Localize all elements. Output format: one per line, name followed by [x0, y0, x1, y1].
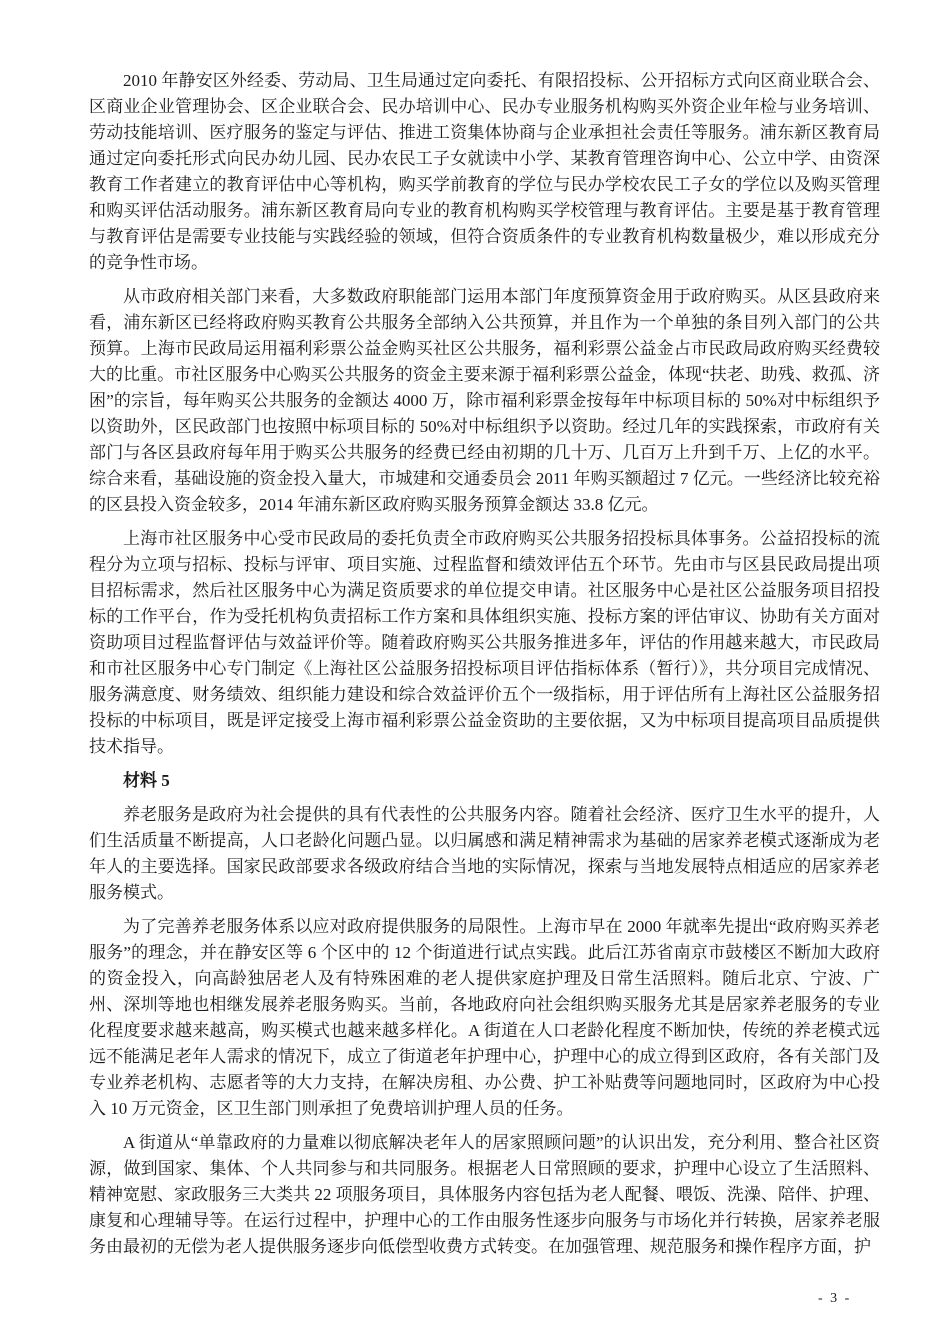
- paragraph-procurement-2010-jingan: 2010 年静安区外经委、劳动局、卫生局通过定向委托、有限招投标、公开招标方式向…: [89, 68, 880, 276]
- paragraph-street-a-care-center: A 街道从“单靠政府的力量难以彻底解决老年人的居家照顾问题”的认识出发，充分利用…: [89, 1130, 880, 1260]
- document-page: 2010 年静安区外经委、劳动局、卫生局通过定向委托、有限招投标、公开招标方式向…: [0, 0, 950, 1344]
- page-number: - 3 -: [818, 1288, 851, 1310]
- section-heading-material-5: 材料 5: [89, 768, 880, 794]
- paragraph-elderly-care-pilot-cities: 为了完善养老服务体系以应对政府提供服务的局限性。上海市早在 2000 年就率先提…: [89, 914, 880, 1122]
- paragraph-community-service-center-bidding: 上海市社区服务中心受市民政局的委托负责全市政府购买公共服务招投标具体事务。公益招…: [89, 526, 880, 760]
- document-body: 2010 年静安区外经委、劳动局、卫生局通过定向委托、有限招投标、公开招标方式向…: [89, 68, 880, 1268]
- page-footer: - 3 -: [0, 1288, 950, 1310]
- paragraph-elderly-care-overview: 养老服务是政府为社会提供的具有代表性的公共服务内容。随着社会经济、医疗卫生水平的…: [89, 802, 880, 906]
- paragraph-government-budget-funding: 从市政府相关部门来看，大多数政府职能部门运用本部门年度预算资金用于政府购买。从区…: [89, 284, 880, 518]
